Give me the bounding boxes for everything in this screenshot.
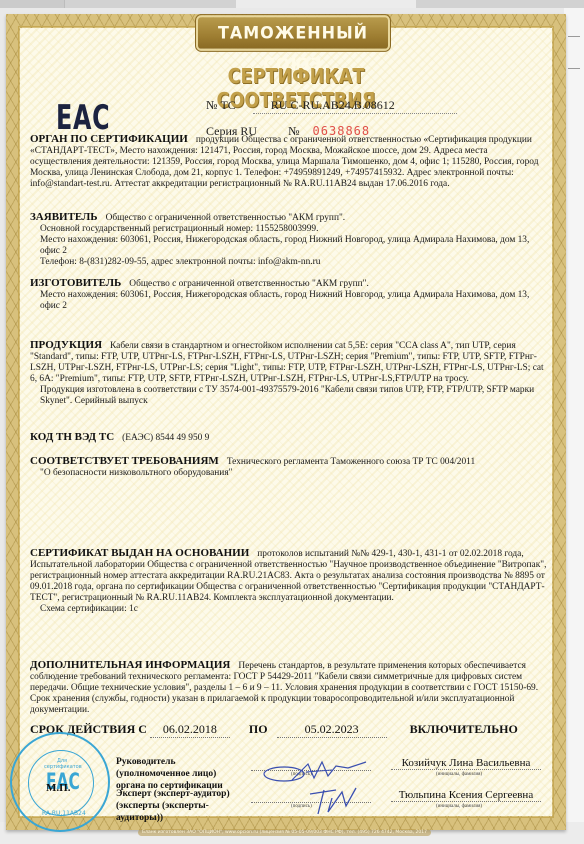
conforms-text: Технического регламента Таможенного союз… [227,457,475,467]
certificate-page: ТАМОЖЕННЫЙ СОЮЗ СЕРТИФИКАТ СООТВЕТСТВИЯ … [6,14,566,830]
registration-label: № ТС [206,98,236,112]
validity-inclusive: ВКЛЮЧИТЕЛЬНО [410,722,518,736]
applicant-address: Место нахождения: 603061, Россия, Нижего… [30,235,550,257]
section-heading: ЗАЯВИТЕЛЬ [30,211,98,223]
viewer-toolbar-segment [0,0,65,8]
blank-printer-footer: Бланк изготовлен ЗАО "ОПЦИОН", www.opcio… [138,829,431,836]
viewer-toolbar [0,0,584,8]
section-product: ПРОДУКЦИЯКабели связи в стандартном и ог… [30,340,550,407]
manufacturer-name: Общество с ограниченной ответственностью… [129,279,369,289]
section-heading: СЕРТИФИКАТ ВЫДАН НА ОСНОВАНИИ [30,547,249,559]
validity-to-label: ПО [249,722,268,736]
seal-caption: Для сертификатов [44,758,80,770]
panel-divider [568,36,580,37]
registration-number: № ТС RU C-RU.AB24.B.08612 [206,98,457,114]
section-heading: ПРОДУКЦИЯ [30,339,102,351]
viewer-side-panel [564,8,584,844]
product-spec: Продукция изготовлена в соответствии с Т… [30,385,550,407]
validity-from-date: 06.02.2018 [150,722,230,738]
customs-union-banner: ТАМОЖЕННЫЙ СОЮЗ [196,15,390,51]
validity-to-date: 05.02.2023 [277,722,387,738]
section-heading: ОРГАН ПО СЕРТИФИКАЦИИ [30,133,188,145]
signature-expert-icon [306,784,366,818]
name-caption: (инициалы, фамилия) [436,804,482,809]
section-basis: СЕРТИФИКАТ ВЫДАН НА ОСНОВАНИИпротоколов … [30,548,550,615]
section-applicant: ЗАЯВИТЕЛЬОбщество с ограниченной ответст… [30,212,550,268]
section-heading: ИЗГОТОВИТЕЛЬ [30,277,121,289]
expert-role: Эксперт (эксперт-аудитор) (эксперты (экс… [116,788,236,824]
section-heading: КОД ТН ВЭД ТС [30,431,114,443]
eac-logo-icon: ЕАС [56,98,110,138]
section-heading: СООТВЕТСТВУЕТ ТРЕБОВАНИЯМ [30,455,219,467]
viewer-toolbar-segment [236,0,416,8]
expert-name: Тюльпина Ксения Сергеевна [391,789,541,802]
registration-value: RU C-RU.AB24.B.08612 [253,98,457,114]
manufacturer-address: Место нахождения: 603061, Россия, Нижего… [30,290,550,312]
applicant-ogrn: Основной государственный регистрационный… [30,224,550,235]
hs-code-value: (ЕАЭС) 8544 49 950 9 [122,433,209,443]
head-name: Козийчук Лина Васильевна [391,757,541,770]
section-conforms: СООТВЕТСТВУЕТ ТРЕБОВАНИЯМТехнического ре… [30,456,550,479]
seal-reg-number: RA.RU.11AB24 [42,810,86,817]
section-manufacturer: ИЗГОТОВИТЕЛЬОбщество с ограниченной отве… [30,278,550,312]
name-caption: (инициалы, фамилия) [436,772,482,777]
panel-divider [568,68,580,69]
section-heading: ДОПОЛНИТЕЛЬНАЯ ИНФОРМАЦИЯ [30,659,230,671]
certification-scheme: Схема сертификации: 1с [30,604,550,615]
validity-period: СРОК ДЕЙСТВИЯ С 06.02.2018 ПО 05.02.2023… [30,722,550,738]
section-certification-body: ОРГАН ПО СЕРТИФИКАЦИИпродукции Общества … [30,134,550,190]
conforms-text-2: "О безопасности низковольтного оборудова… [30,468,550,479]
applicant-contacts: Телефон: 8-(831)282-09-55, адрес электро… [30,257,550,268]
seal-place-label: М.П. [46,782,70,794]
section-hs-code: КОД ТН ВЭД ТС(ЕАЭС) 8544 49 950 9 [30,432,550,444]
applicant-name: Общество с ограниченной ответственностью… [106,213,346,223]
head-role: Руководитель (уполномоченное лицо) орган… [116,756,236,792]
product-text: Кабели связи в стандартном и огнестойком… [30,341,544,384]
section-additional-info: ДОПОЛНИТЕЛЬНАЯ ИНФОРМАЦИЯПеречень станда… [30,660,550,716]
